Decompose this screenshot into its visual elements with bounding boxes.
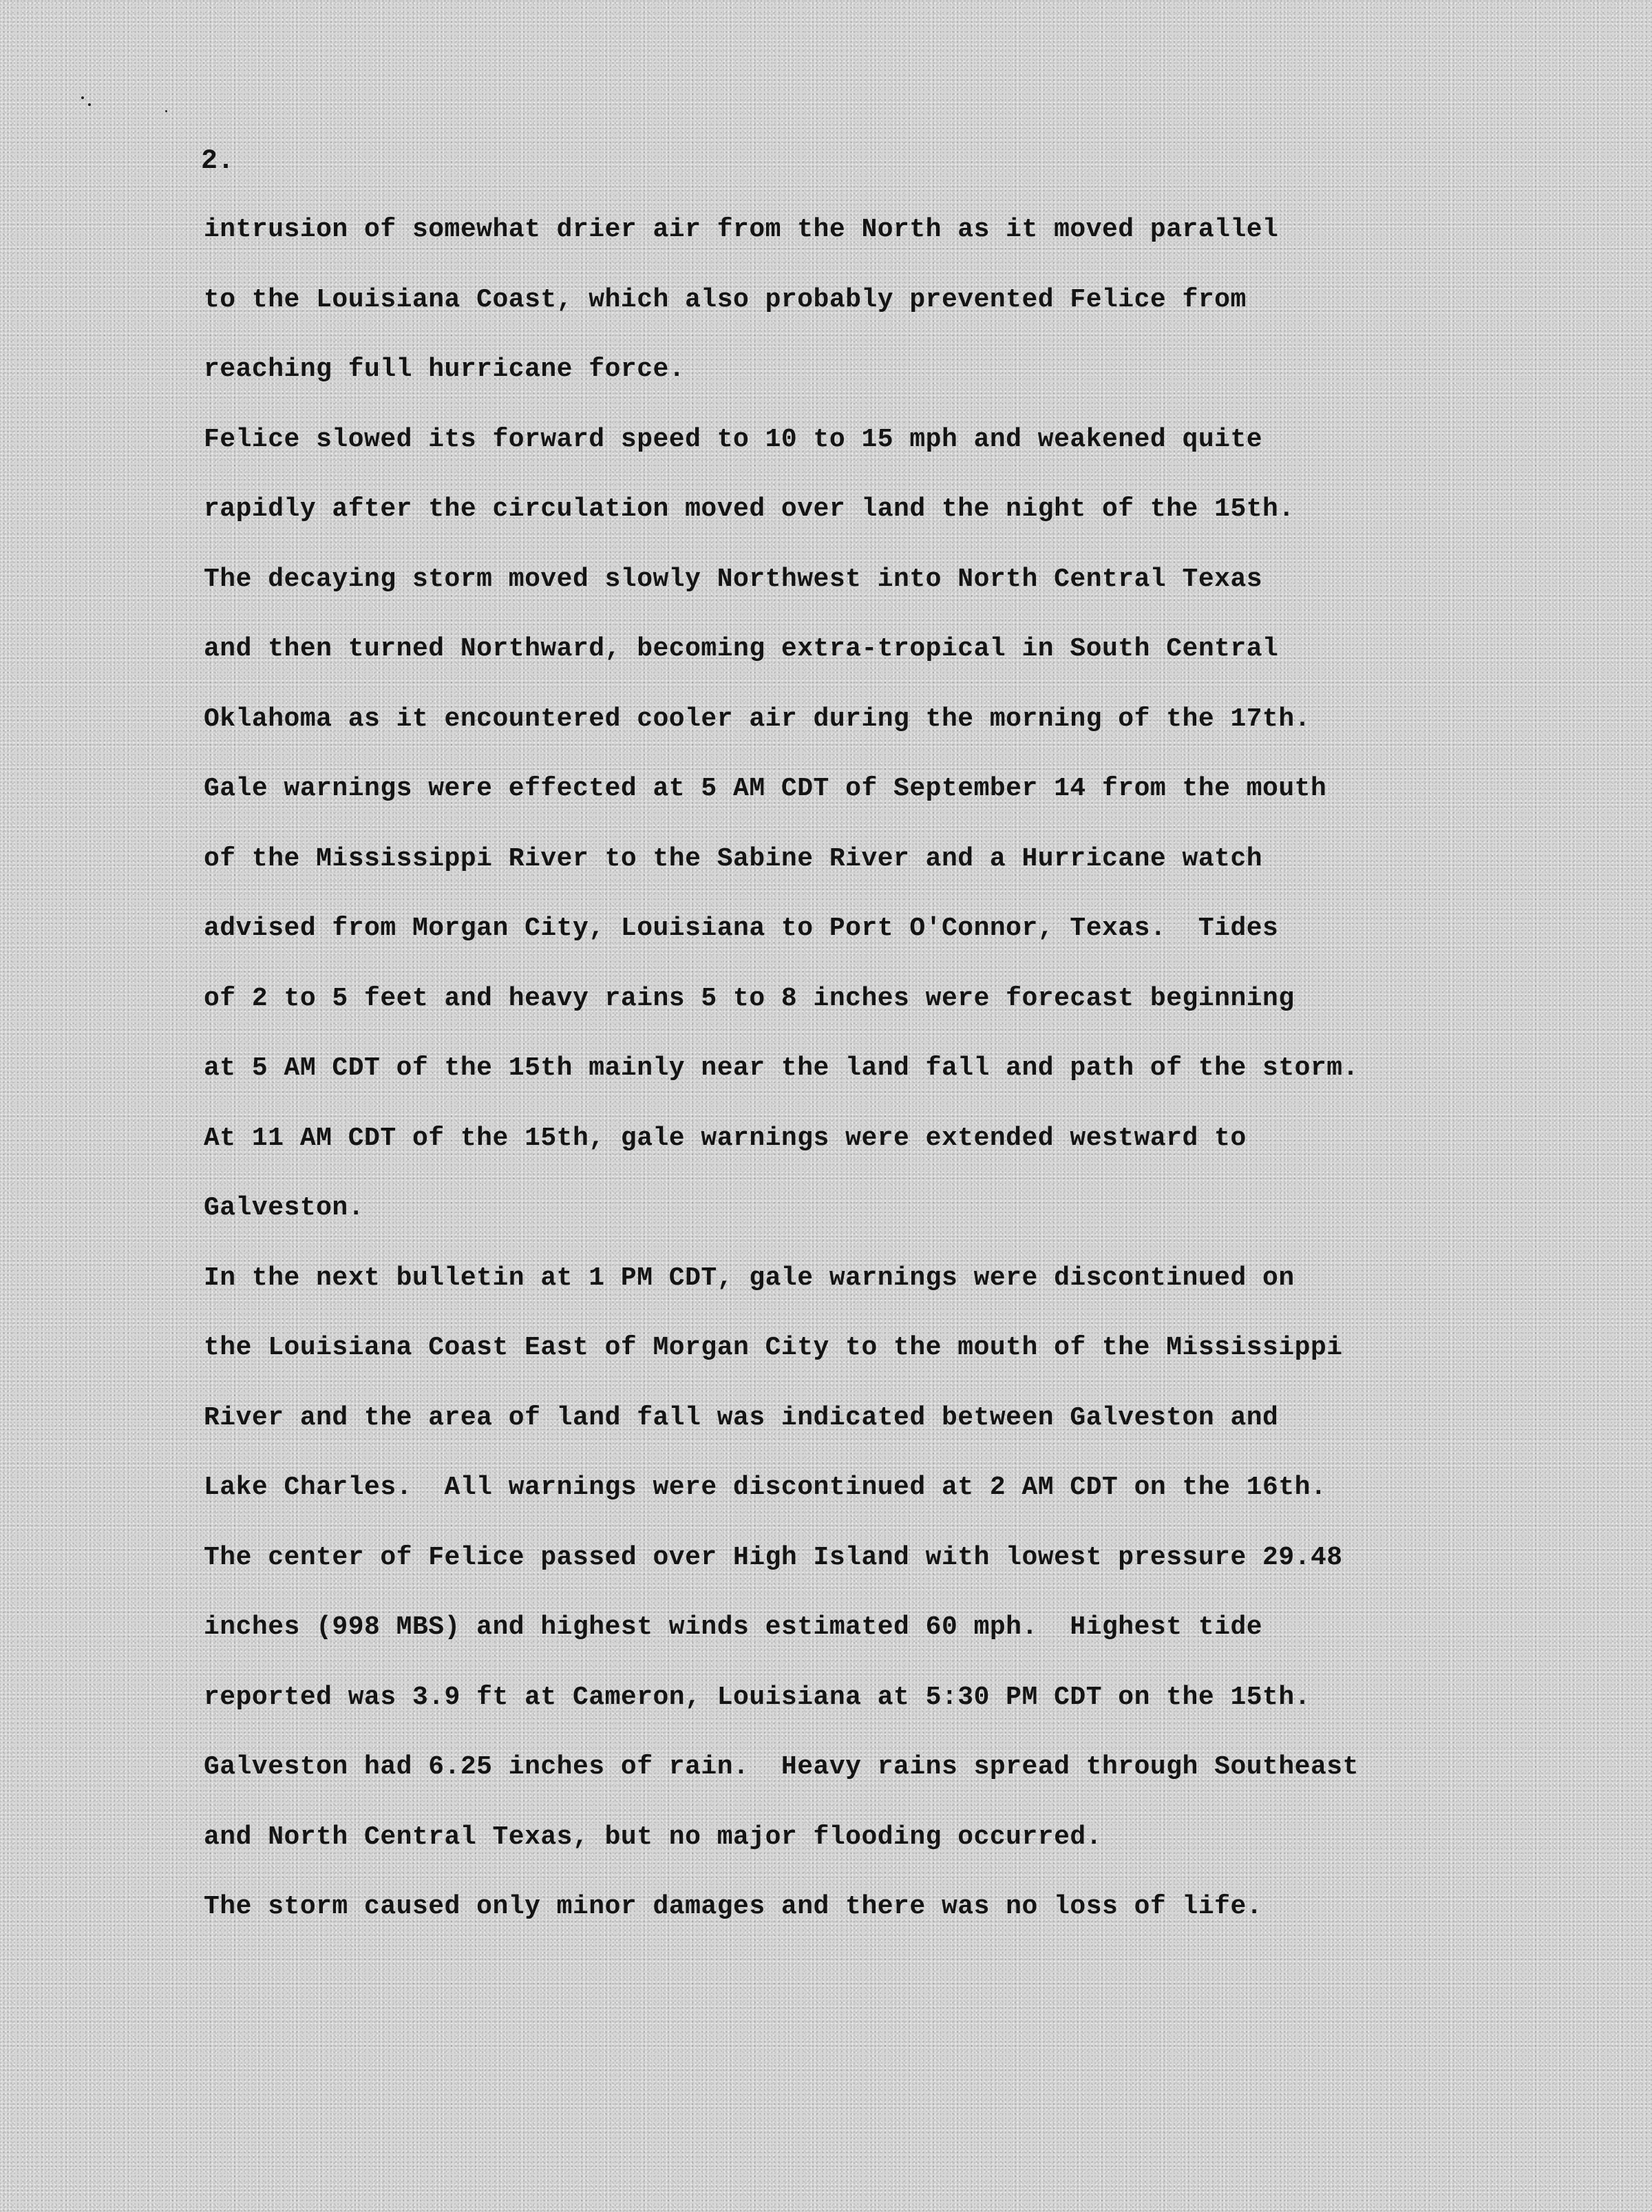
text-line: reported was 3.9 ft at Cameron, Louisian…: [204, 1683, 1484, 1753]
text-line: the Louisiana Coast East of Morgan City …: [204, 1333, 1484, 1403]
text-line: inches (998 MBS) and highest winds estim…: [204, 1612, 1484, 1683]
scan-speck: [88, 103, 91, 106]
scan-speck: [81, 96, 84, 99]
text-line: Gale warnings were effected at 5 AM CDT …: [204, 774, 1484, 844]
text-line: rapidly after the circulation moved over…: [204, 494, 1484, 565]
text-line: Galveston.: [204, 1193, 1484, 1263]
body-text: intrusion of somewhat drier air from the…: [204, 215, 1484, 1962]
text-line: intrusion of somewhat drier air from the…: [204, 215, 1484, 285]
text-line: at 5 AM CDT of the 15th mainly near the …: [204, 1053, 1484, 1124]
text-line: The storm caused only minor damages and …: [204, 1892, 1484, 1962]
text-line: The decaying storm moved slowly Northwes…: [204, 565, 1484, 635]
page-number: 2.: [201, 146, 234, 177]
text-line: to the Louisiana Coast, which also proba…: [204, 285, 1484, 355]
text-line: Galveston had 6.25 inches of rain. Heavy…: [204, 1752, 1484, 1822]
text-line: reaching full hurricane force.: [204, 355, 1484, 425]
text-line: of the Mississippi River to the Sabine R…: [204, 844, 1484, 914]
text-line: In the next bulletin at 1 PM CDT, gale w…: [204, 1263, 1484, 1334]
scan-speck: [165, 110, 167, 112]
text-line: and North Central Texas, but no major fl…: [204, 1822, 1484, 1893]
text-line: Oklahoma as it encountered cooler air du…: [204, 704, 1484, 775]
text-line: At 11 AM CDT of the 15th, gale warnings …: [204, 1124, 1484, 1194]
scanned-document-page: 2. intrusion of somewhat drier air from …: [0, 0, 1652, 2212]
text-line: Lake Charles. All warnings were disconti…: [204, 1473, 1484, 1543]
text-line: The center of Felice passed over High Is…: [204, 1543, 1484, 1613]
text-line: of 2 to 5 feet and heavy rains 5 to 8 in…: [204, 984, 1484, 1054]
text-line: advised from Morgan City, Louisiana to P…: [204, 914, 1484, 984]
text-line: Felice slowed its forward speed to 10 to…: [204, 425, 1484, 495]
text-line: and then turned Northward, becoming extr…: [204, 634, 1484, 704]
text-line: River and the area of land fall was indi…: [204, 1403, 1484, 1473]
